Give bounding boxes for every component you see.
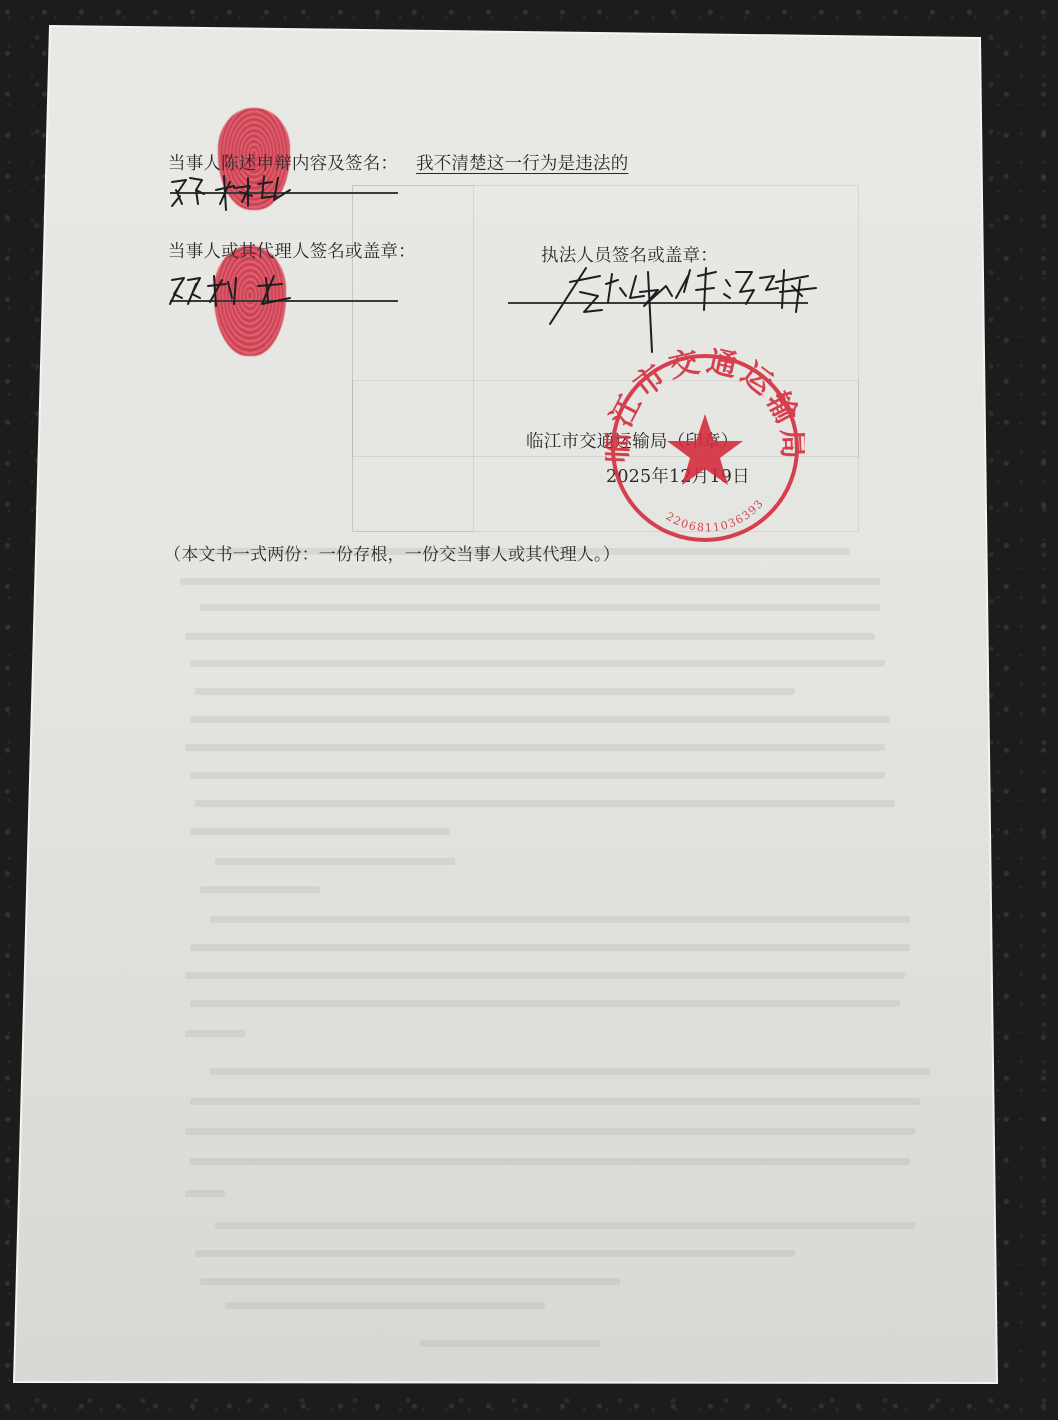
party-signature [166, 268, 306, 312]
stamp-star-icon [667, 414, 743, 485]
statement-text: 我不清楚这一行为是违法的 [416, 150, 628, 175]
statement-signature [168, 168, 308, 218]
official-stamp: 临江市交通运输局 2206811036393 [605, 348, 805, 548]
officer-signatures [540, 262, 840, 362]
footnote: （本文书一式两份：一份存根，一份交当事人或其代理人。） [164, 540, 620, 565]
party-sign-label: 当事人或其代理人签名或盖章： [168, 238, 416, 263]
document-page: 当事人陈述申辩内容及签名： 我不清楚这一行为是违法的 当事人或其代理人签名或盖章… [0, 0, 1058, 1420]
